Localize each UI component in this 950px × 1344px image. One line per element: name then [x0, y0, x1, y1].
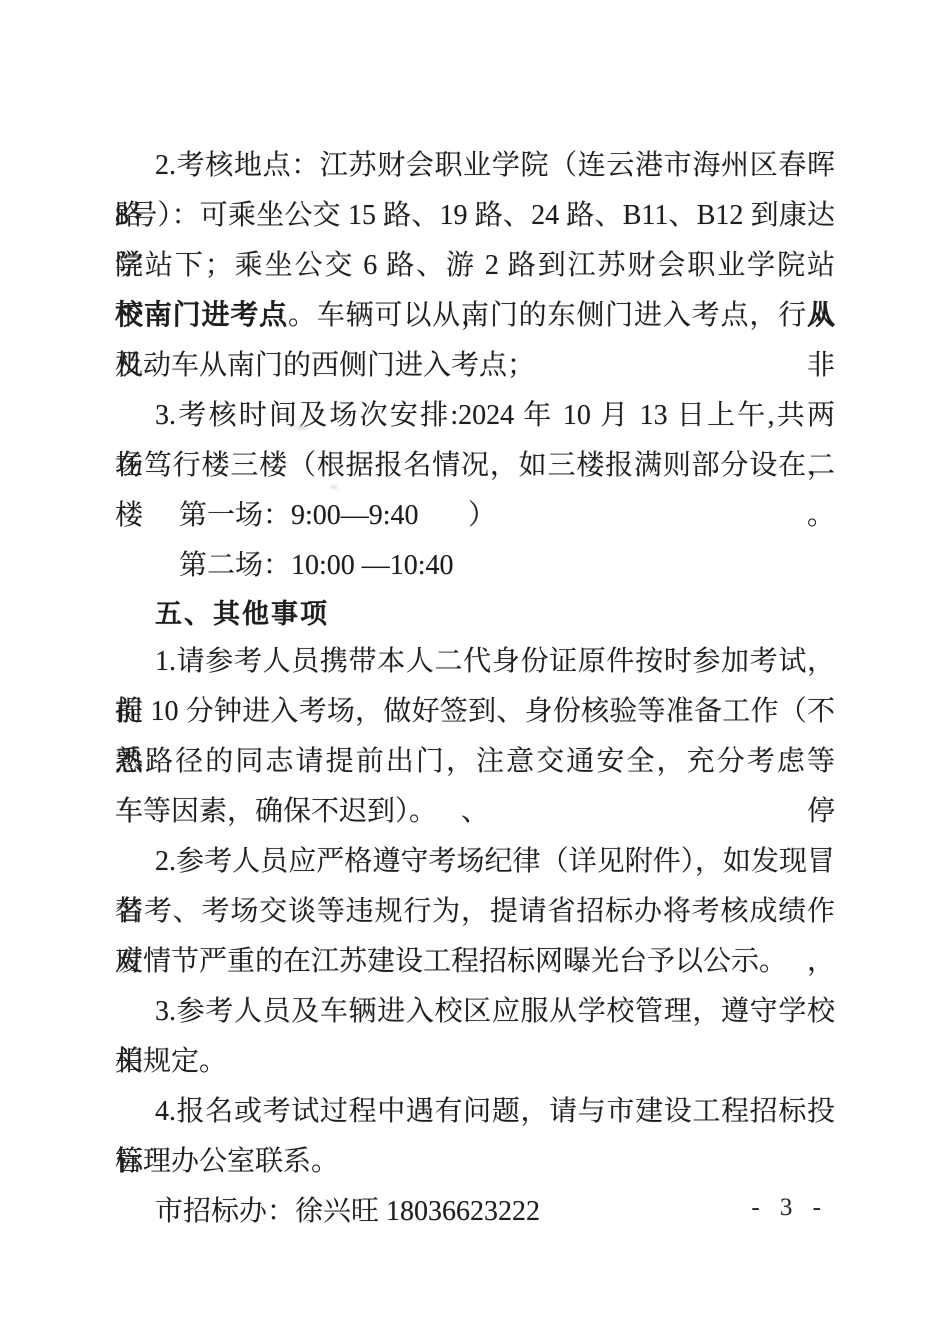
page-number: - 3 -: [751, 1194, 828, 1222]
text-line: 2.考核地点：江苏财会职业学院（连云港市海州区春晖路: [115, 141, 835, 191]
text-line: 悉路径的同志请提前出门，注意交通安全，充分考虑等车、停: [115, 737, 835, 787]
document-body: 2.考核地点：江苏财会职业学院（连云港市海州区春晖路8号）：可乘坐公交 15 路…: [115, 141, 835, 1237]
text-segment: 第二场：10:00 —10:40: [179, 550, 454, 581]
text-segment: 对情节严重的在江苏建设工程招标网曝光台予以公示。: [115, 946, 787, 977]
scanned-document-page: { "page": { "number_label": "- 3 -" }, "…: [0, 0, 950, 1344]
text-line: 管理办公室联系。: [115, 1137, 835, 1187]
text-segment: 第一场：9:00—9:40: [179, 500, 419, 531]
document-page: 2.考核地点：江苏财会职业学院（连云港市海州区春晖路8号）：可乘坐公交 15 路…: [0, 0, 950, 1344]
text-line: 4.报名或考试过程中遇有问题，请与市建设工程招标投标: [115, 1087, 835, 1137]
text-line: 1.请参考人员携带本人二代身份证原件按时参加考试，提: [115, 637, 835, 687]
text-line: 第二场：10:00 —10:40: [115, 541, 835, 591]
text-line: 对情节严重的在江苏建设工程招标网曝光台予以公示。: [115, 937, 835, 987]
text-line: 关规定。: [115, 1037, 835, 1087]
text-line: 院站下；乘坐公交 6 路、游 2 路到江苏财会职业学院站下，从: [115, 241, 835, 291]
text-segment: 关规定。: [115, 1046, 227, 1077]
text-segment: 管理办公室联系。: [115, 1146, 339, 1177]
text-line: 3.参考人员及车辆进入校区应服从学校管理，遵守学校相: [115, 987, 835, 1037]
text-segment: 机动车从南门的西侧门进入考点；: [115, 350, 535, 381]
text-line: 2.参考人员应严格遵守考场纪律（详见附件），如发现冒名: [115, 837, 835, 887]
text-line: 3.考核时间及场次安排:2024 年 10 月 13 日上午,共两场，: [115, 391, 835, 441]
bold-text: 校南门进考点: [115, 300, 288, 331]
text-line: 前 10 分钟进入考场，做好签到、身份核验等准备工作（不熟: [115, 687, 835, 737]
text-segment: 市招标办：徐兴旺 18036623222: [155, 1196, 540, 1227]
text-segment: 五、其他事项: [155, 599, 329, 629]
text-line: 在笃行楼三楼（根据报名情况，如三楼报满则部分设在二楼）。: [115, 441, 835, 491]
text-line: 校南门进考点。车辆可以从南门的东侧门进入考点，行人及非: [115, 291, 835, 341]
text-line: 替考、考场交谈等违规行为，提请省招标办将考核成绩作废，: [115, 887, 835, 937]
text-line: 市招标办：徐兴旺 18036623222: [115, 1187, 835, 1237]
section-heading: 五、其他事项: [115, 591, 835, 637]
text-line: 8号）：可乘坐公交 15 路、19 路、24 路、B11、B12 到康达学: [115, 191, 835, 241]
text-segment: 车等因素，确保不迟到）。: [115, 796, 437, 827]
